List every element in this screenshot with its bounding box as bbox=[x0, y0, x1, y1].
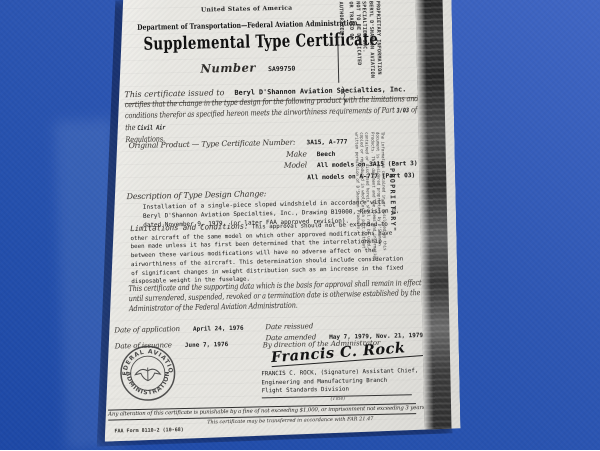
svg-text:ADMINISTRATION: ADMINISTRATION bbox=[125, 370, 172, 397]
by-direction-label: By direction of the Administrator bbox=[263, 339, 381, 349]
certifies-line1: certifies that the change in the type de… bbox=[125, 94, 419, 120]
proprietary-notice-text: The information contained in or disclose… bbox=[354, 132, 388, 265]
issued-to-row: This certificate issued to Beryl D'Shann… bbox=[124, 76, 416, 104]
model-row-2: All models on A-777 (Part 03) bbox=[129, 169, 429, 187]
signer-branch-line: Engineering and Manufacturing Branch bbox=[261, 375, 431, 387]
fine-print: Any alteration of this certificate is pu… bbox=[108, 405, 416, 417]
original-product-block: Original Product — Type Certificate Numb… bbox=[128, 135, 429, 187]
date-issuance-value: June 7, 1976 bbox=[185, 341, 228, 349]
certifies-of-the: of the bbox=[125, 105, 417, 132]
stamp-line-5: OR TRADED ON bbox=[347, 1, 356, 105]
transfer-note: This certificate may be transferred in a… bbox=[164, 415, 416, 426]
stamp-authorized-label: AUTHORIZED bbox=[337, 2, 344, 34]
limitations-label: Limitations and Conditions: bbox=[130, 222, 248, 233]
product-label: Original Product — Type Certificate Numb… bbox=[128, 137, 306, 152]
date-amended-label: Date amended bbox=[265, 332, 316, 342]
make-label: Make bbox=[129, 149, 317, 164]
product-value: 3A15, A-777 bbox=[306, 137, 347, 149]
seal-arc-top: FEDERAL AVIATION bbox=[119, 344, 174, 376]
date-reissued-label: Date reissued bbox=[265, 321, 313, 331]
number-label: Number bbox=[200, 60, 256, 75]
stamp-line-2: BERYL D'SHANNON AVIATION bbox=[367, 1, 376, 105]
date-issuance-row: Date of issuance June 7, 1976 bbox=[114, 331, 228, 352]
certificate-clause: This certificate and the supporting data… bbox=[128, 278, 423, 314]
certifies-line3: Regulations. bbox=[125, 134, 165, 144]
footer-rule-bottom bbox=[108, 413, 416, 420]
signer-name-line: FRANCIS C. ROCK, (Signature) Assistant C… bbox=[261, 367, 431, 379]
paper-shadow bbox=[87, 0, 452, 447]
proprietary-authorization-stamp: PROPRIETARY INFORMATION BERYL D'SHANNON … bbox=[335, 1, 383, 106]
limitations-paragraph: Limitations and Conditions: This approva… bbox=[130, 219, 404, 287]
handwritten-signature: Francis C. Rock bbox=[270, 338, 423, 367]
make-row: Make Beech bbox=[129, 146, 429, 164]
regulation-name-value: Civil Air bbox=[137, 124, 165, 132]
stamp-authorized-row: AUTHORIZED bbox=[337, 2, 349, 106]
department-line: Department of Transportation—Federal Avi… bbox=[137, 18, 357, 32]
product-row: Original Product — Type Certificate Numb… bbox=[128, 135, 428, 153]
issued-to-value: Beryl D'Shannon Aviation Specialties, In… bbox=[234, 85, 406, 97]
date-amended-row: Date amended May 7, 1979, Nov. 21, 1979 bbox=[265, 322, 423, 344]
date-issuance-label: Date of issuance bbox=[115, 340, 172, 350]
date-reissued-row: Date reissued bbox=[265, 313, 313, 333]
model-row: Model All models on 3A15 (Part 3) bbox=[129, 158, 429, 176]
handwritten-scrawl bbox=[338, 86, 348, 106]
footer-rule-top bbox=[108, 403, 416, 410]
issued-to-label: This certificate issued to bbox=[124, 88, 224, 99]
date-amended-value: May 7, 1979, Nov. 21, 1979 bbox=[329, 332, 423, 341]
stamp-line-3: SPECIALTIES INC. bbox=[360, 1, 369, 105]
document-header: United States of America Department of T… bbox=[106, 3, 389, 56]
svg-text:FEDERAL AVIATION: FEDERAL AVIATION bbox=[119, 344, 174, 376]
title-caption: (Title) bbox=[262, 395, 414, 403]
typed-signature-block: FRANCIS C. ROCK, (Signature) Assistant C… bbox=[261, 367, 432, 398]
document-title: Supplemental Type Certificate bbox=[143, 30, 378, 55]
certifies-paragraph: certifies that the change in the type de… bbox=[125, 93, 420, 145]
model-value-2: All models on A-777 (Part 03) bbox=[307, 170, 415, 184]
make-value: Beech bbox=[317, 148, 336, 160]
stamp-line-1: PROPRIETARY INFORMATION bbox=[374, 1, 383, 105]
faa-seal: FEDERAL AVIATION ADMINISTRATION bbox=[119, 344, 177, 402]
seal-eagle-emblem bbox=[135, 367, 160, 381]
certifies-line2: therefor as specified hereon meets the a… bbox=[159, 106, 394, 120]
date-application-value: April 24, 1976 bbox=[193, 325, 244, 333]
us-of-america-line: United States of America bbox=[106, 3, 388, 16]
signer-division-line: Flight Standards Division bbox=[262, 384, 412, 398]
limitations-text: This approval should not be extended to … bbox=[130, 222, 403, 286]
number-value: SA99750 bbox=[268, 65, 296, 74]
photocopy-edge-streak bbox=[415, 0, 451, 435]
description-text: Installation of a single-piece sloped wi… bbox=[143, 197, 406, 229]
photo-background: United States of America Department of T… bbox=[0, 0, 600, 450]
background-sheen bbox=[54, 119, 125, 450]
stamp-authorized-blank bbox=[337, 37, 344, 83]
description-label: Description of Type Design Change: bbox=[126, 189, 266, 201]
certificate-document: United States of America Department of T… bbox=[95, 0, 460, 442]
model-label: Model bbox=[129, 160, 317, 175]
seal-arc-bottom: ADMINISTRATION bbox=[125, 370, 172, 397]
certificate-number-row: Number SA99750 bbox=[107, 54, 389, 79]
date-application-label: Date of application bbox=[114, 324, 180, 334]
proprietary-word: "PROPRIETARY" bbox=[387, 132, 398, 264]
proprietary-notice-stamp: "PROPRIETARY" The information contained … bbox=[357, 132, 398, 265]
date-application-row: Date of application April 24, 1976 bbox=[114, 315, 244, 337]
part-value: 3/03 bbox=[397, 107, 410, 114]
stamp-line-4: NOT TO BE DUPLICATED bbox=[353, 1, 362, 105]
form-number: FAA Form 8110-2 (10-68) bbox=[114, 427, 183, 434]
model-value-1: All models on 3A15 (Part 3) bbox=[317, 158, 418, 172]
